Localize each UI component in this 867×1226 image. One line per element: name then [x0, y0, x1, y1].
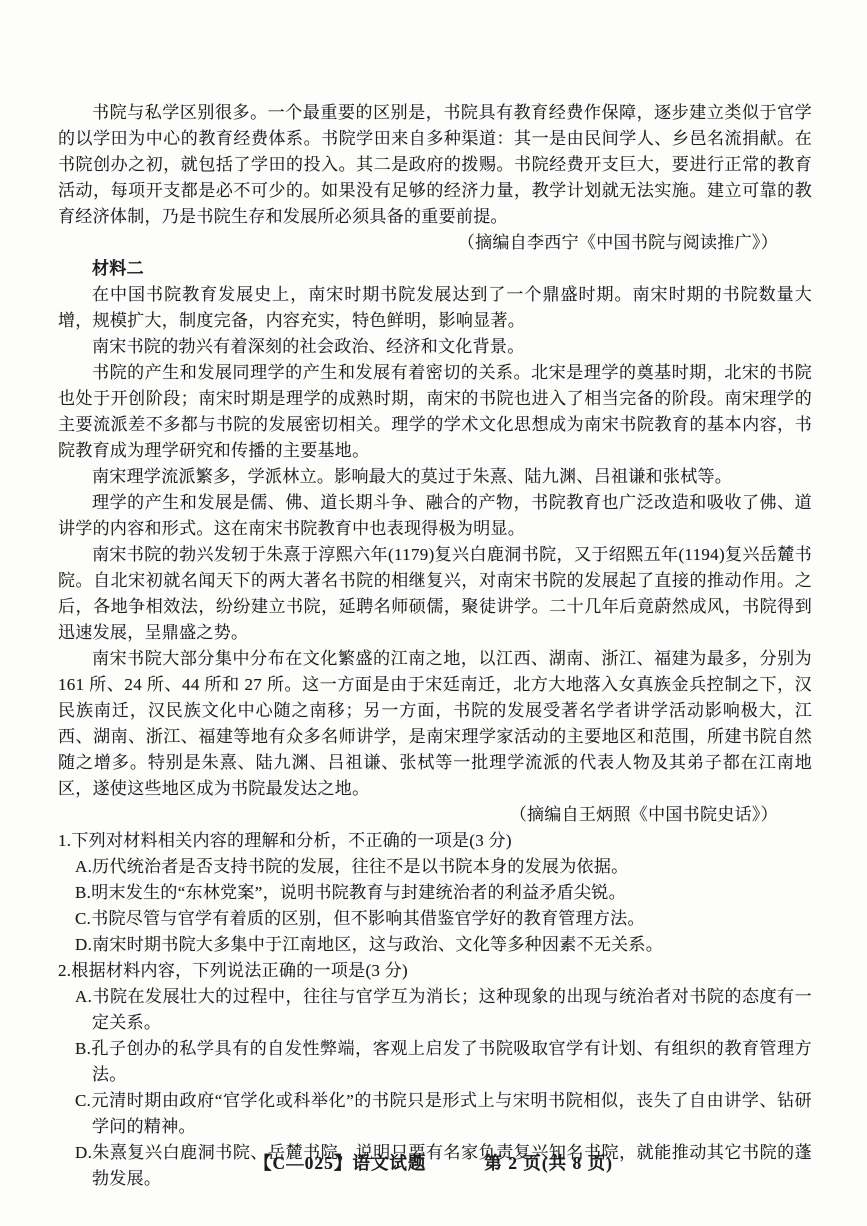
exam-paper-page: 书院与私学区别很多。一个最重要的区别是，书院具有教育经费作保障，逐步建立类似于官… — [0, 0, 867, 1226]
question-1-option-c: C.书院尽管与官学有着质的区别，但不影响其借鉴官学好的教育管理方法。 — [58, 906, 812, 932]
question-2-option-b: B.孔子创办的私学具有的自发性弊端，客观上启发了书院吸取官学有计划、有组织的教育… — [58, 1036, 812, 1088]
question-1-option-d: D.南宋时期书院大多集中于江南地区，这与政治、文化等多种因素不无关系。 — [58, 932, 812, 958]
question-1-option-b: B.明末发生的“东林党案”，说明书院教育与封建统治者的利益矛盾尖锐。 — [58, 880, 812, 906]
material-two-paragraph: 南宋理学流派繁多，学派林立。影响最大的莫过于朱熹、陆九渊、吕祖谦和张栻等。 — [58, 464, 812, 490]
question-2-option-c: C.元清时期由政府“官学化或科举化”的书院只是形式上与宋明书院相似，丧失了自由讲… — [58, 1088, 812, 1140]
material-one-paragraph: 书院与私学区别很多。一个最重要的区别是，书院具有教育经费作保障，逐步建立类似于官… — [58, 100, 812, 230]
question-1: 1.下列对材料相关内容的理解和分析，不正确的一项是(3 分) A.历代统治者是否… — [58, 828, 812, 958]
material-two-paragraph: 理学的产生和发展是儒、佛、道长期斗争、融合的产物，书院教育也广泛改造和吸收了佛、… — [58, 490, 812, 542]
question-1-option-a: A.历代统治者是否支持书院的发展，往往不是以书院本身的发展为依据。 — [58, 854, 812, 880]
material-two-paragraph: 南宋书院的勃兴有着深刻的社会政治、经济和文化背景。 — [58, 334, 812, 360]
material-two-paragraph: 南宋书院大部分集中分布在文化繁盛的江南之地，以江西、湖南、浙江、福建为最多，分别… — [58, 646, 812, 802]
material-one-citation: （摘编自李西宁《中国书院与阅读推广》） — [58, 230, 812, 256]
page-footer: 【C—025】语文试题 第 2 页(共 8 页) — [0, 1150, 867, 1176]
material-two-heading: 材料二 — [58, 256, 812, 282]
material-two-paragraph: 书院的产生和发展同理学的产生和发展有着密切的关系。北宋是理学的奠基时期，北宋的书… — [58, 360, 812, 464]
question-2-stem: 2.根据材料内容，下列说法正确的一项是(3 分) — [58, 958, 812, 984]
question-2-option-a: A.书院在发展壮大的过程中，往往与官学互为消长；这种现象的出现与统治者对书院的态… — [58, 984, 812, 1036]
material-two-paragraph: 南宋书院的勃兴发轫于朱熹于淳熙六年(1179)复兴白鹿洞书院，又于绍熙五年(11… — [58, 542, 812, 646]
paper-code-label: 【C—025】语文试题 — [254, 1150, 426, 1176]
question-1-stem: 1.下列对材料相关内容的理解和分析，不正确的一项是(3 分) — [58, 828, 812, 854]
page-number-label: 第 2 页(共 8 页) — [484, 1150, 613, 1176]
material-two-citation: （摘编自王炳照《中国书院史话》） — [58, 802, 812, 828]
material-two-paragraph: 在中国书院教育发展史上，南宋时期书院发展达到了一个鼎盛时期。南宋时期的书院数量大… — [58, 282, 812, 334]
exam-body: 书院与私学区别很多。一个最重要的区别是，书院具有教育经费作保障，逐步建立类似于官… — [58, 100, 812, 1192]
